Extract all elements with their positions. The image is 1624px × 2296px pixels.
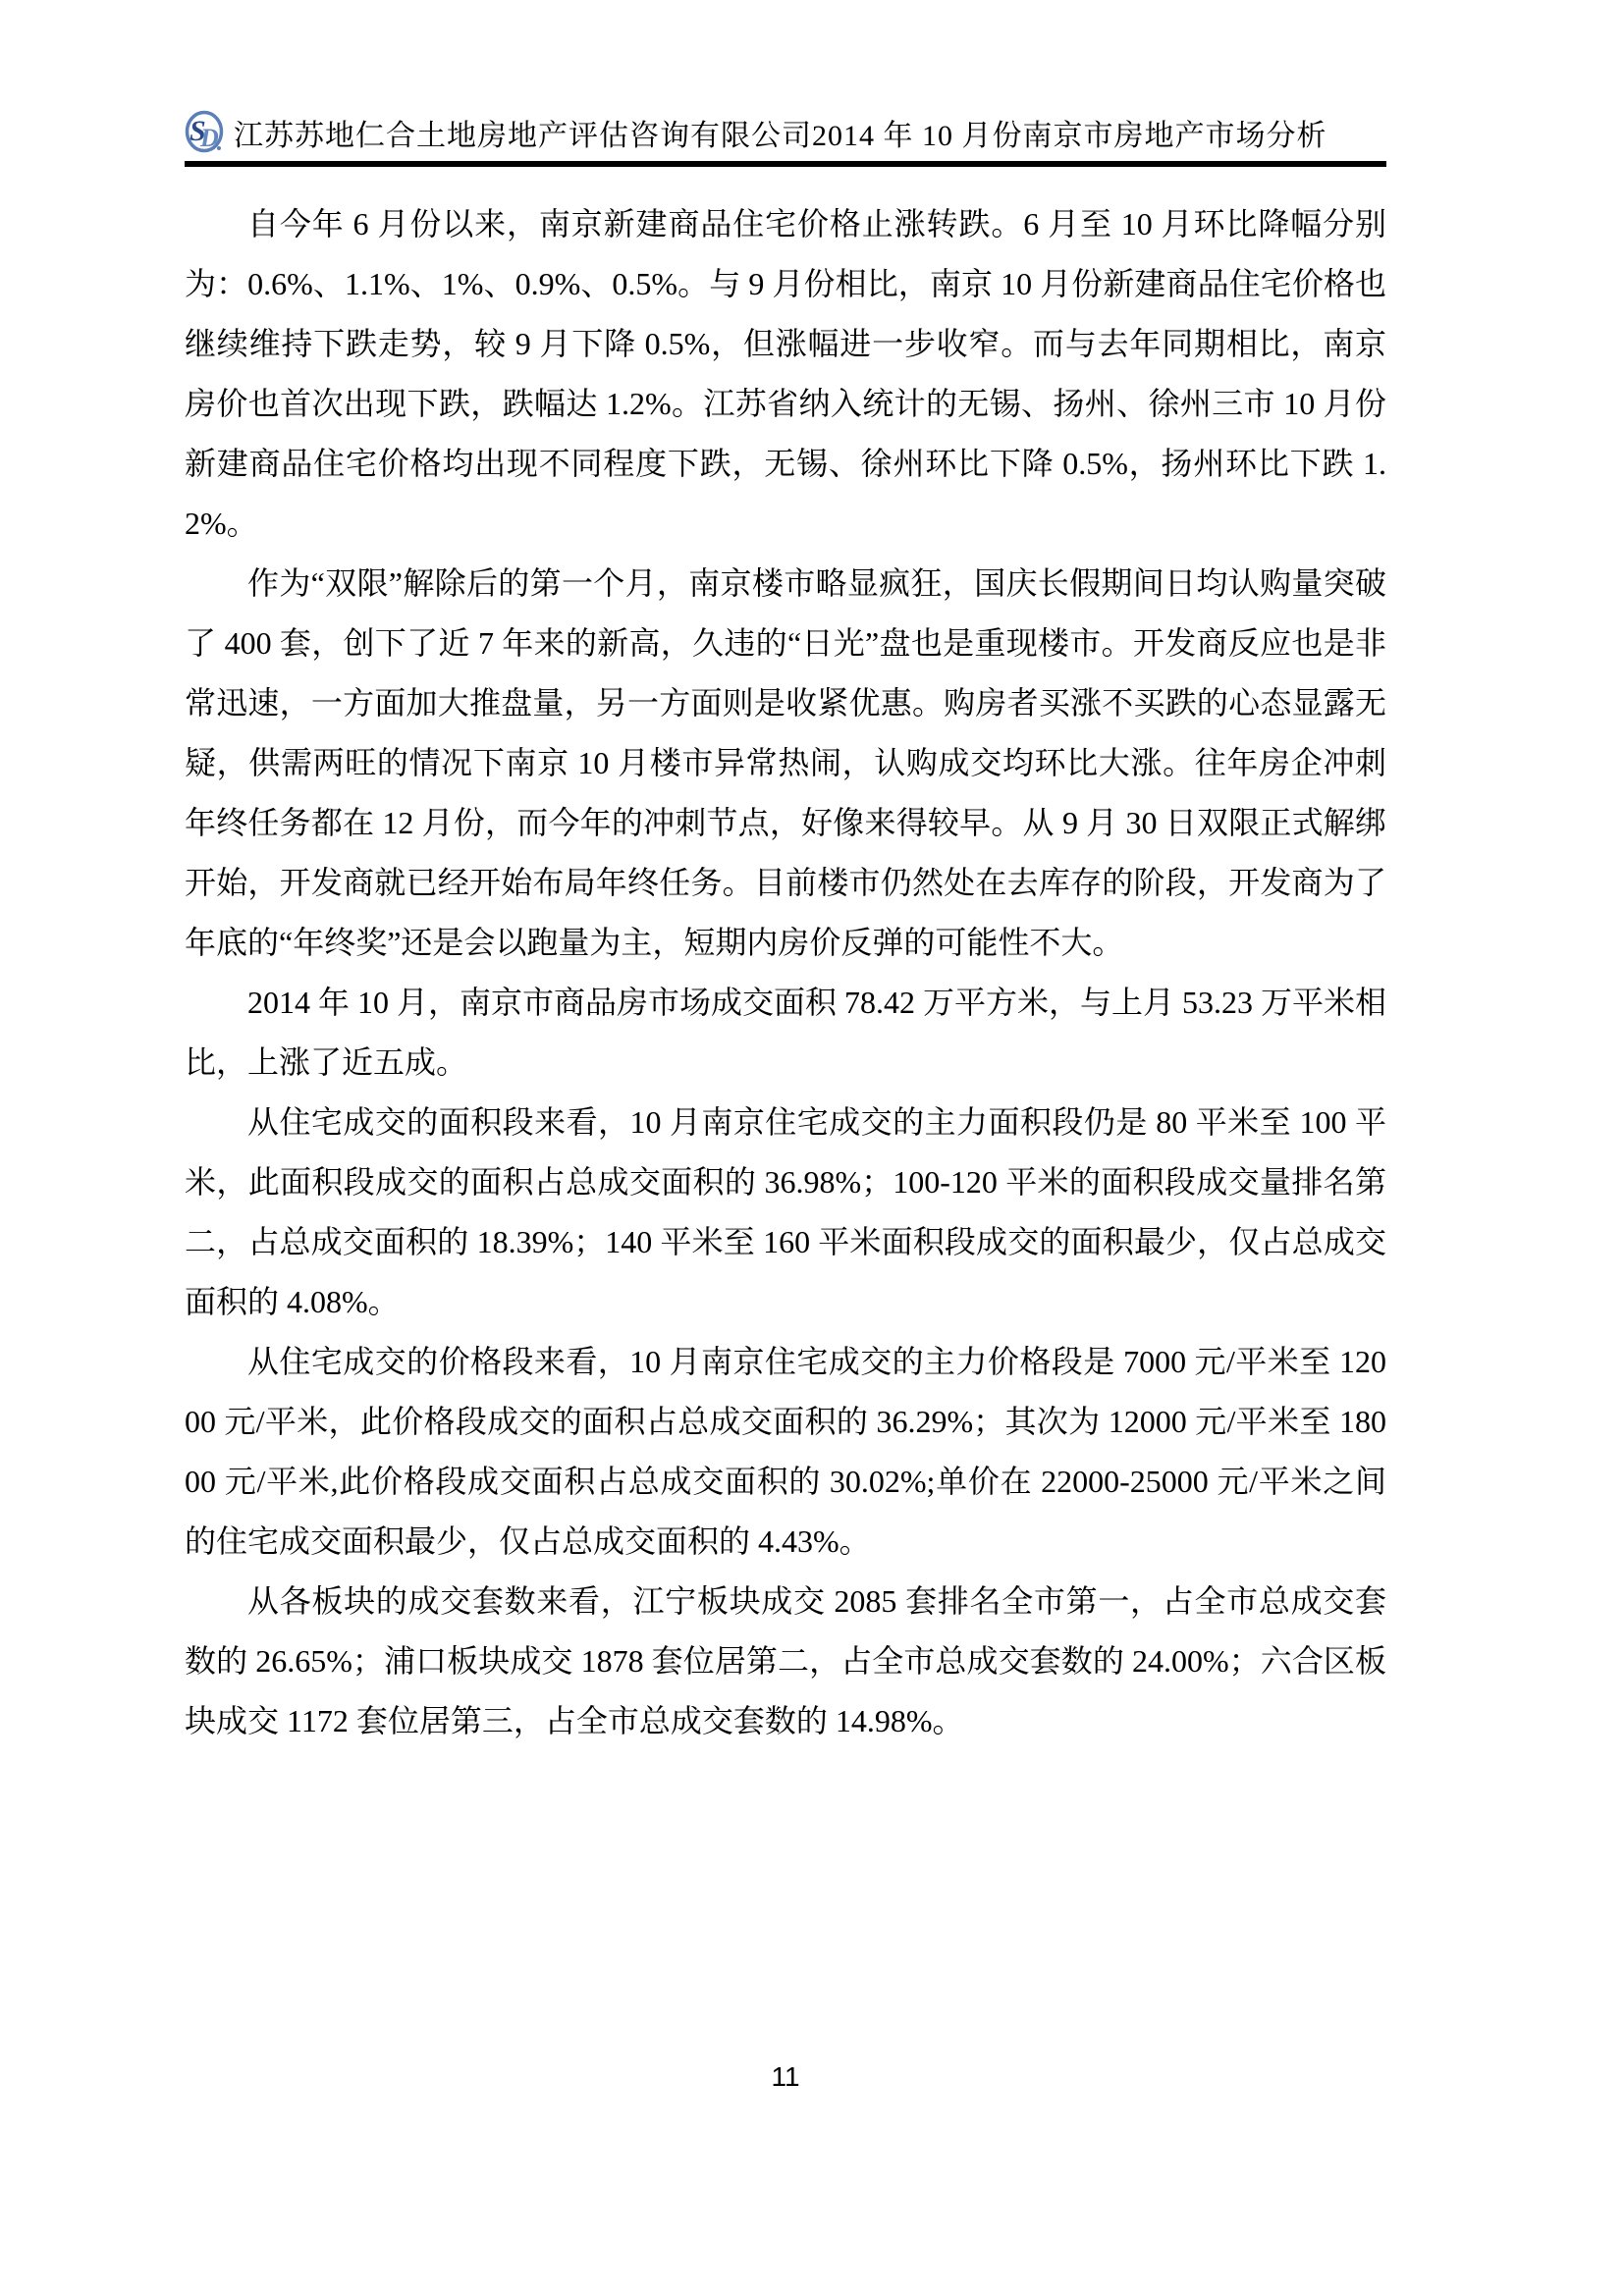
header-left-group: S D 江苏苏地仁合土地房地产评估咨询有限公司 — [185, 110, 812, 155]
report-title: 2014 年 10 月份南京市房地产市场分析 — [812, 111, 1404, 154]
logo-letter-d: D — [199, 124, 219, 152]
body-paragraph: 自今年 6 月份以来，南京新建商品住宅价格止涨转跌。6 月至 10 月环比降幅分… — [185, 194, 1386, 554]
company-name: 江苏苏地仁合土地房地产评估咨询有限公司 — [234, 111, 812, 154]
company-logo-icon: S D — [185, 110, 226, 155]
body-paragraph: 作为“双限”解除后的第一个月，南京楼市略显疯狂，国庆长假期间日均认购量突破了 4… — [185, 554, 1386, 973]
page-header: S D 江苏苏地仁合土地房地产评估咨询有限公司 2014 年 10 月份南京市房… — [185, 104, 1386, 167]
page-number: 11 — [185, 2061, 1386, 2093]
document-body: 自今年 6 月份以来，南京新建商品住宅价格止涨转跌。6 月至 10 月环比降幅分… — [185, 194, 1386, 1751]
body-paragraph: 2014 年 10 月，南京市商品房市场成交面积 78.42 万平方米，与上月 … — [185, 973, 1386, 1093]
body-paragraph: 从各板块的成交套数来看，江宁板块成交 2085 套排名全市第一，占全市总成交套数… — [185, 1572, 1386, 1751]
body-paragraph: 从住宅成交的价格段来看，10 月南京住宅成交的主力价格段是 7000 元/平米至… — [185, 1332, 1386, 1572]
document-page: S D 江苏苏地仁合土地房地产评估咨询有限公司 2014 年 10 月份南京市房… — [0, 0, 1624, 2296]
body-paragraph: 从住宅成交的面积段来看，10 月南京住宅成交的主力面积段仍是 80 平米至 10… — [185, 1093, 1386, 1332]
